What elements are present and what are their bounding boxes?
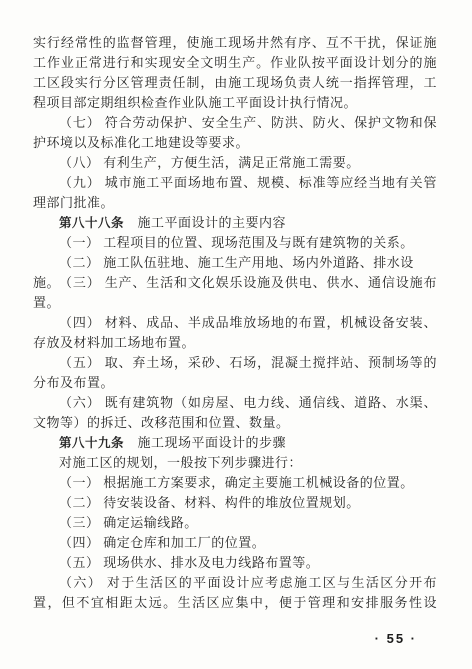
text-line: （六） 既有建筑物（如房屋、电力线、通信线、道路、水渠、 xyxy=(33,393,437,413)
text-line: 工区段实行分区管理责任制，由施工现场负责人统一指挥管理，工 xyxy=(33,73,437,93)
text-line: （三） 确定运输线路。 xyxy=(33,513,437,533)
text-line: 护环境以及标准化工地建设等要求。 xyxy=(33,133,437,153)
section-heading-89: 第八十九条 施工现场平面设计的步骤 xyxy=(33,433,437,453)
section-heading-88: 第八十八条 施工平面设计的主要内容 xyxy=(33,213,437,233)
text-line: （七） 符合劳动保护、安全生产、防洪、防火、保护文物和保 xyxy=(33,113,437,133)
text-line: （五） 现场供水、排水及电力线路布置等。 xyxy=(33,553,437,573)
text-line: 文物等）的拆迁、改移范围和位置、数量。 xyxy=(33,413,437,433)
text-line: 工作业正常进行和实现安全文明生产。作业队按平面设计划分的施 xyxy=(33,53,437,73)
heading-article-number: 第八十九条 xyxy=(59,436,124,450)
text-line: （四） 确定仓库和加工厂的位置。 xyxy=(33,533,437,553)
text-line: 分布及布置。 xyxy=(33,373,437,393)
text-line: 对施工区的规划，一般按下列步骤进行： xyxy=(33,453,437,473)
text-line: （二） 待安装设备、材料、构件的堆放位置规划。 xyxy=(33,493,437,513)
document-page: 实行经常性的监督管理，使施工现场井然有序、互不干扰，保证施工作业正常进行和实现安… xyxy=(0,0,472,669)
text-line: 实行经常性的监督管理，使施工现场井然有序、互不干扰，保证施 xyxy=(33,33,437,53)
text-line: 存放及材料加工场地布置。 xyxy=(33,333,437,353)
text-line: （六） 对于生活区的平面设计应考虑施工区与生活区分开布 xyxy=(33,573,437,593)
text-line: 程项目部定期组织检查作业队施工平面设计执行情况。 xyxy=(33,93,437,113)
text-block: 实行经常性的监督管理，使施工现场井然有序、互不干扰，保证施工作业正常进行和实现安… xyxy=(33,33,437,613)
text-line: 置。 xyxy=(33,293,437,313)
text-line: （一） 工程项目的位置、现场范围及与既有建筑物的关系。 xyxy=(33,233,437,253)
text-line: 置，但不宜相距太远。生活区应集中，便于管理和安排服务性设 xyxy=(33,593,437,613)
text-line: 理部门批准。 xyxy=(33,193,437,213)
text-line: （一） 根据施工方案要求，确定主要施工机械设备的位置。 xyxy=(33,473,437,493)
text-line: （四） 材料、成品、半成品堆放场地的布置，机械设备安装、 xyxy=(33,313,437,333)
text-line: （二） 施工队伍驻地、施工生产用地、场内外道路、排水设施。 xyxy=(33,253,437,273)
heading-article-number: 第八十八条 xyxy=(59,216,124,230)
page-number: · 55 · xyxy=(33,631,437,646)
text-line: （八） 有利生产，方便生活，满足正常施工需要。 xyxy=(33,153,437,173)
text-line: （九） 城市施工平面场地布置、规模、标准等应经当地有关管 xyxy=(33,173,437,193)
text-line: （五） 取、弃土场，采砂、石场，混凝土搅拌站、预制场等的 xyxy=(33,353,437,373)
text-line: （三） 生产、生活和文化娱乐设施及供电、供水、通信设施布 xyxy=(33,273,437,293)
